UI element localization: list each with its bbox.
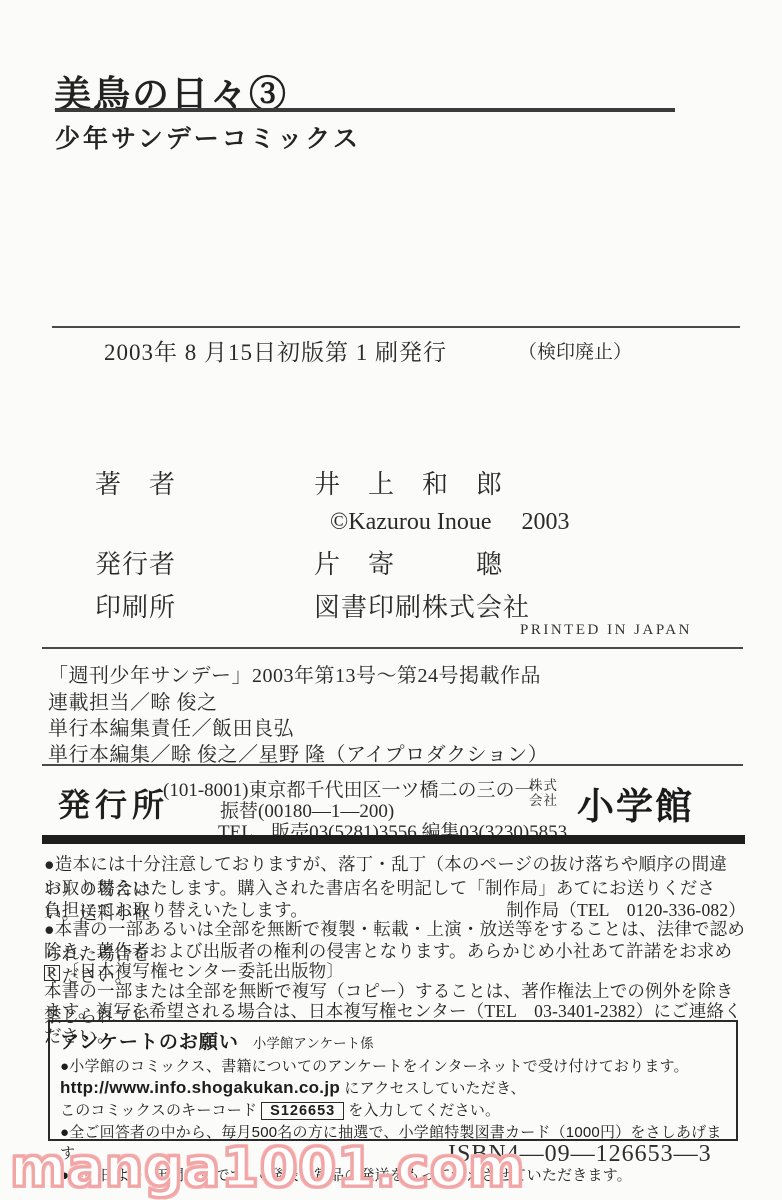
copyright-line: ©Kazurou Inoue 2003 (330, 501, 570, 536)
serialization-divider-bottom (42, 764, 743, 766)
company-type-bottom: 会社 (529, 793, 558, 808)
survey-keycode-suffix: を入力してください。 (348, 1102, 500, 1119)
survey-url-suffix: にアクセスしていただき、 (340, 1080, 526, 1097)
survey-subtitle: 小学館アンケート係 (253, 1032, 374, 1052)
survey-keycode: S126653 (261, 1102, 344, 1120)
survey-keycode-line: このコミックスのキーコードS126653を入力してください。 (60, 1099, 726, 1120)
edition-note: （検印廃止） (518, 337, 632, 364)
author-name: 井 上 和 郎 (314, 464, 503, 501)
publisher-label: 発行所 (58, 780, 169, 826)
site-watermark: manga1001.com (10, 1136, 525, 1199)
serialization-editor: 連載担当／畭 俊之 (48, 686, 218, 715)
company-type-label: 株式 会社 (529, 778, 558, 808)
survey-url-line: http://www.info.shogakukan.co.jp にアクセスして… (60, 1077, 726, 1098)
serialization-divider-top (42, 647, 743, 649)
publisher-divider-bar (42, 835, 745, 844)
company-type-top: 株式 (529, 778, 558, 793)
edition-divider (52, 326, 740, 328)
survey-title: アンケートのお願い (60, 1027, 239, 1054)
title-divider (55, 108, 675, 112)
tankobon-chief-editor: 単行本編集責任／飯田良弘 (48, 712, 294, 741)
tankobon-editors: 単行本編集／畭 俊之／星野 隆（アイプロダクション） (48, 738, 548, 767)
survey-box: アンケートのお願い 小学館アンケート係 ●小学館のコミックス、書籍についてのアン… (48, 1020, 738, 1141)
printer-label: 印刷所 (95, 587, 176, 624)
edition-line: 2003年 8 月15日初版第 1 刷発行 (104, 334, 447, 367)
survey-url: http://www.info.shogakukan.co.jp (60, 1078, 340, 1097)
printer-name: 図書印刷株式会社 (314, 587, 530, 624)
survey-title-row: アンケートのお願い 小学館アンケート係 (60, 1027, 726, 1054)
publisher-person-label: 発行者 (95, 544, 176, 581)
survey-intro: ●小学館のコミックス、書籍についてのアンケートをインターネットで受け付けておりま… (60, 1055, 726, 1076)
survey-keycode-prefix: このコミックスのキーコード (60, 1102, 257, 1119)
serialization-source: 「週刊少年サンデー」2003年第13号～第24号掲載作品 (48, 659, 541, 688)
author-label: 著 者 (95, 464, 176, 501)
series-name: 少年サンデーコミックス (55, 119, 361, 155)
printed-in-japan: PRINTED IN JAPAN (520, 622, 692, 639)
publisher-person-name: 片 寄 聰 (314, 544, 503, 581)
publisher-company-name: 小学館 (577, 776, 694, 830)
